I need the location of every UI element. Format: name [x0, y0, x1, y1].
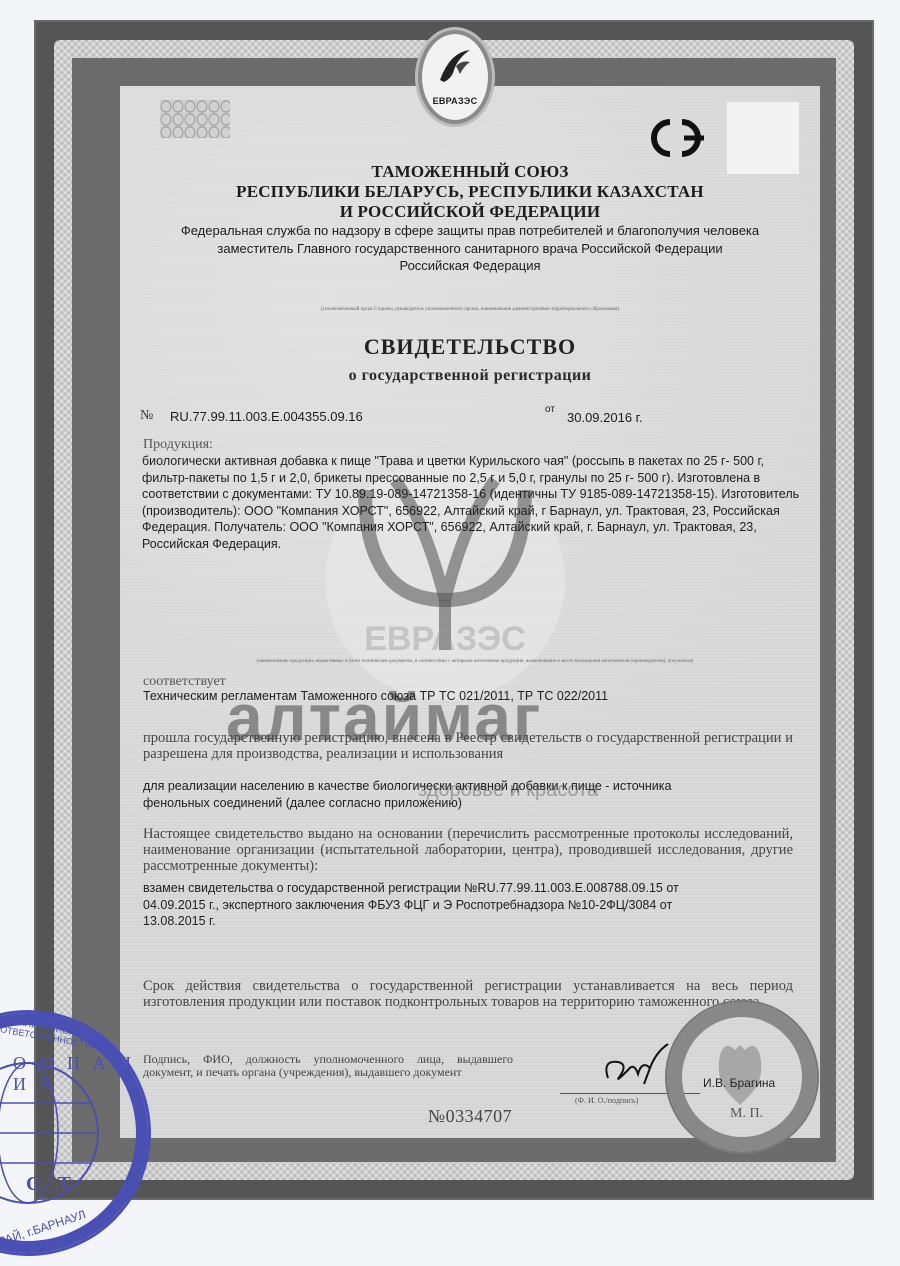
form-number: №0334707	[370, 1106, 570, 1127]
evrazes-emblem-icon	[436, 48, 474, 84]
svg-text:ЕВРАЗЭС: ЕВРАЗЭС	[364, 620, 526, 658]
signature-label: Подпись, ФИО, должность уполномоченного …	[143, 1053, 513, 1079]
se-conformity-mark-icon	[642, 116, 710, 160]
double-headed-eagle-icon	[665, 1000, 815, 1150]
product-description: биологически активная добавка к пище "Тр…	[142, 453, 807, 552]
basis-text: взамен свидетельства о государственной р…	[143, 880, 703, 930]
conformity-label: соответствует	[143, 675, 226, 689]
conformity-text: Техническим регламентам Таможенного союз…	[143, 688, 783, 705]
document-subtitle: о государственной регистрации	[120, 367, 820, 385]
header-line1: ТАМОЖЕННЫЙ СОЮЗ	[120, 162, 820, 182]
header-line3: И РОССИЙСКОЙ ФЕДЕРАЦИИ	[120, 202, 820, 222]
header-line2: РЕСПУБЛИКИ БЕЛАРУСЬ, РЕСПУБЛИКИ КАЗАХСТА…	[120, 182, 820, 202]
header-agency: Федеральная служба по надзору в сфере за…	[110, 222, 830, 239]
registration-date-prefix: от	[545, 404, 555, 415]
product-label: Продукция:	[143, 437, 213, 453]
signature-caption: (Ф. И. О./подпись)	[575, 1096, 638, 1105]
basis-label: Настоящее свидетельство выдано на основа…	[143, 826, 793, 874]
company-stamp-middle: О М П А Н И Я	[13, 1053, 148, 1095]
company-stamp-bottom: С Т	[26, 1173, 77, 1196]
signatory-name: И.В. Брагина	[703, 1076, 775, 1090]
registration-date: 30.09.2016 г.	[567, 410, 642, 425]
watermark-slogan: здоровье и красота	[418, 779, 598, 802]
seal-label: М. П.	[730, 1106, 763, 1122]
company-stamp: О М П А Н И Я С Т РАЙ, г.БАРНАУЛ ОГРАНИЧ…	[0, 1010, 151, 1256]
registration-number-prefix: №	[140, 408, 153, 424]
evrazes-emblem: ЕВРАЗЭС	[418, 30, 492, 124]
header-country: Российская Федерация	[120, 257, 820, 274]
security-pattern	[160, 100, 230, 138]
header-official: заместитель Главного государственного са…	[120, 240, 820, 257]
emblem-label: ЕВРАЗЭС	[433, 96, 478, 106]
header-caption: (уполномоченный орган Стороны, руководит…	[120, 306, 820, 313]
document-title: СВИДЕТЕЛЬСТВО	[120, 334, 820, 360]
product-caption: (наименование продукции, нормативные и (…	[140, 658, 810, 665]
registration-statement: прошла государственную регистрацию, внес…	[143, 730, 793, 762]
registration-number: RU.77.99.11.003.E.004355.09.16	[170, 409, 363, 424]
